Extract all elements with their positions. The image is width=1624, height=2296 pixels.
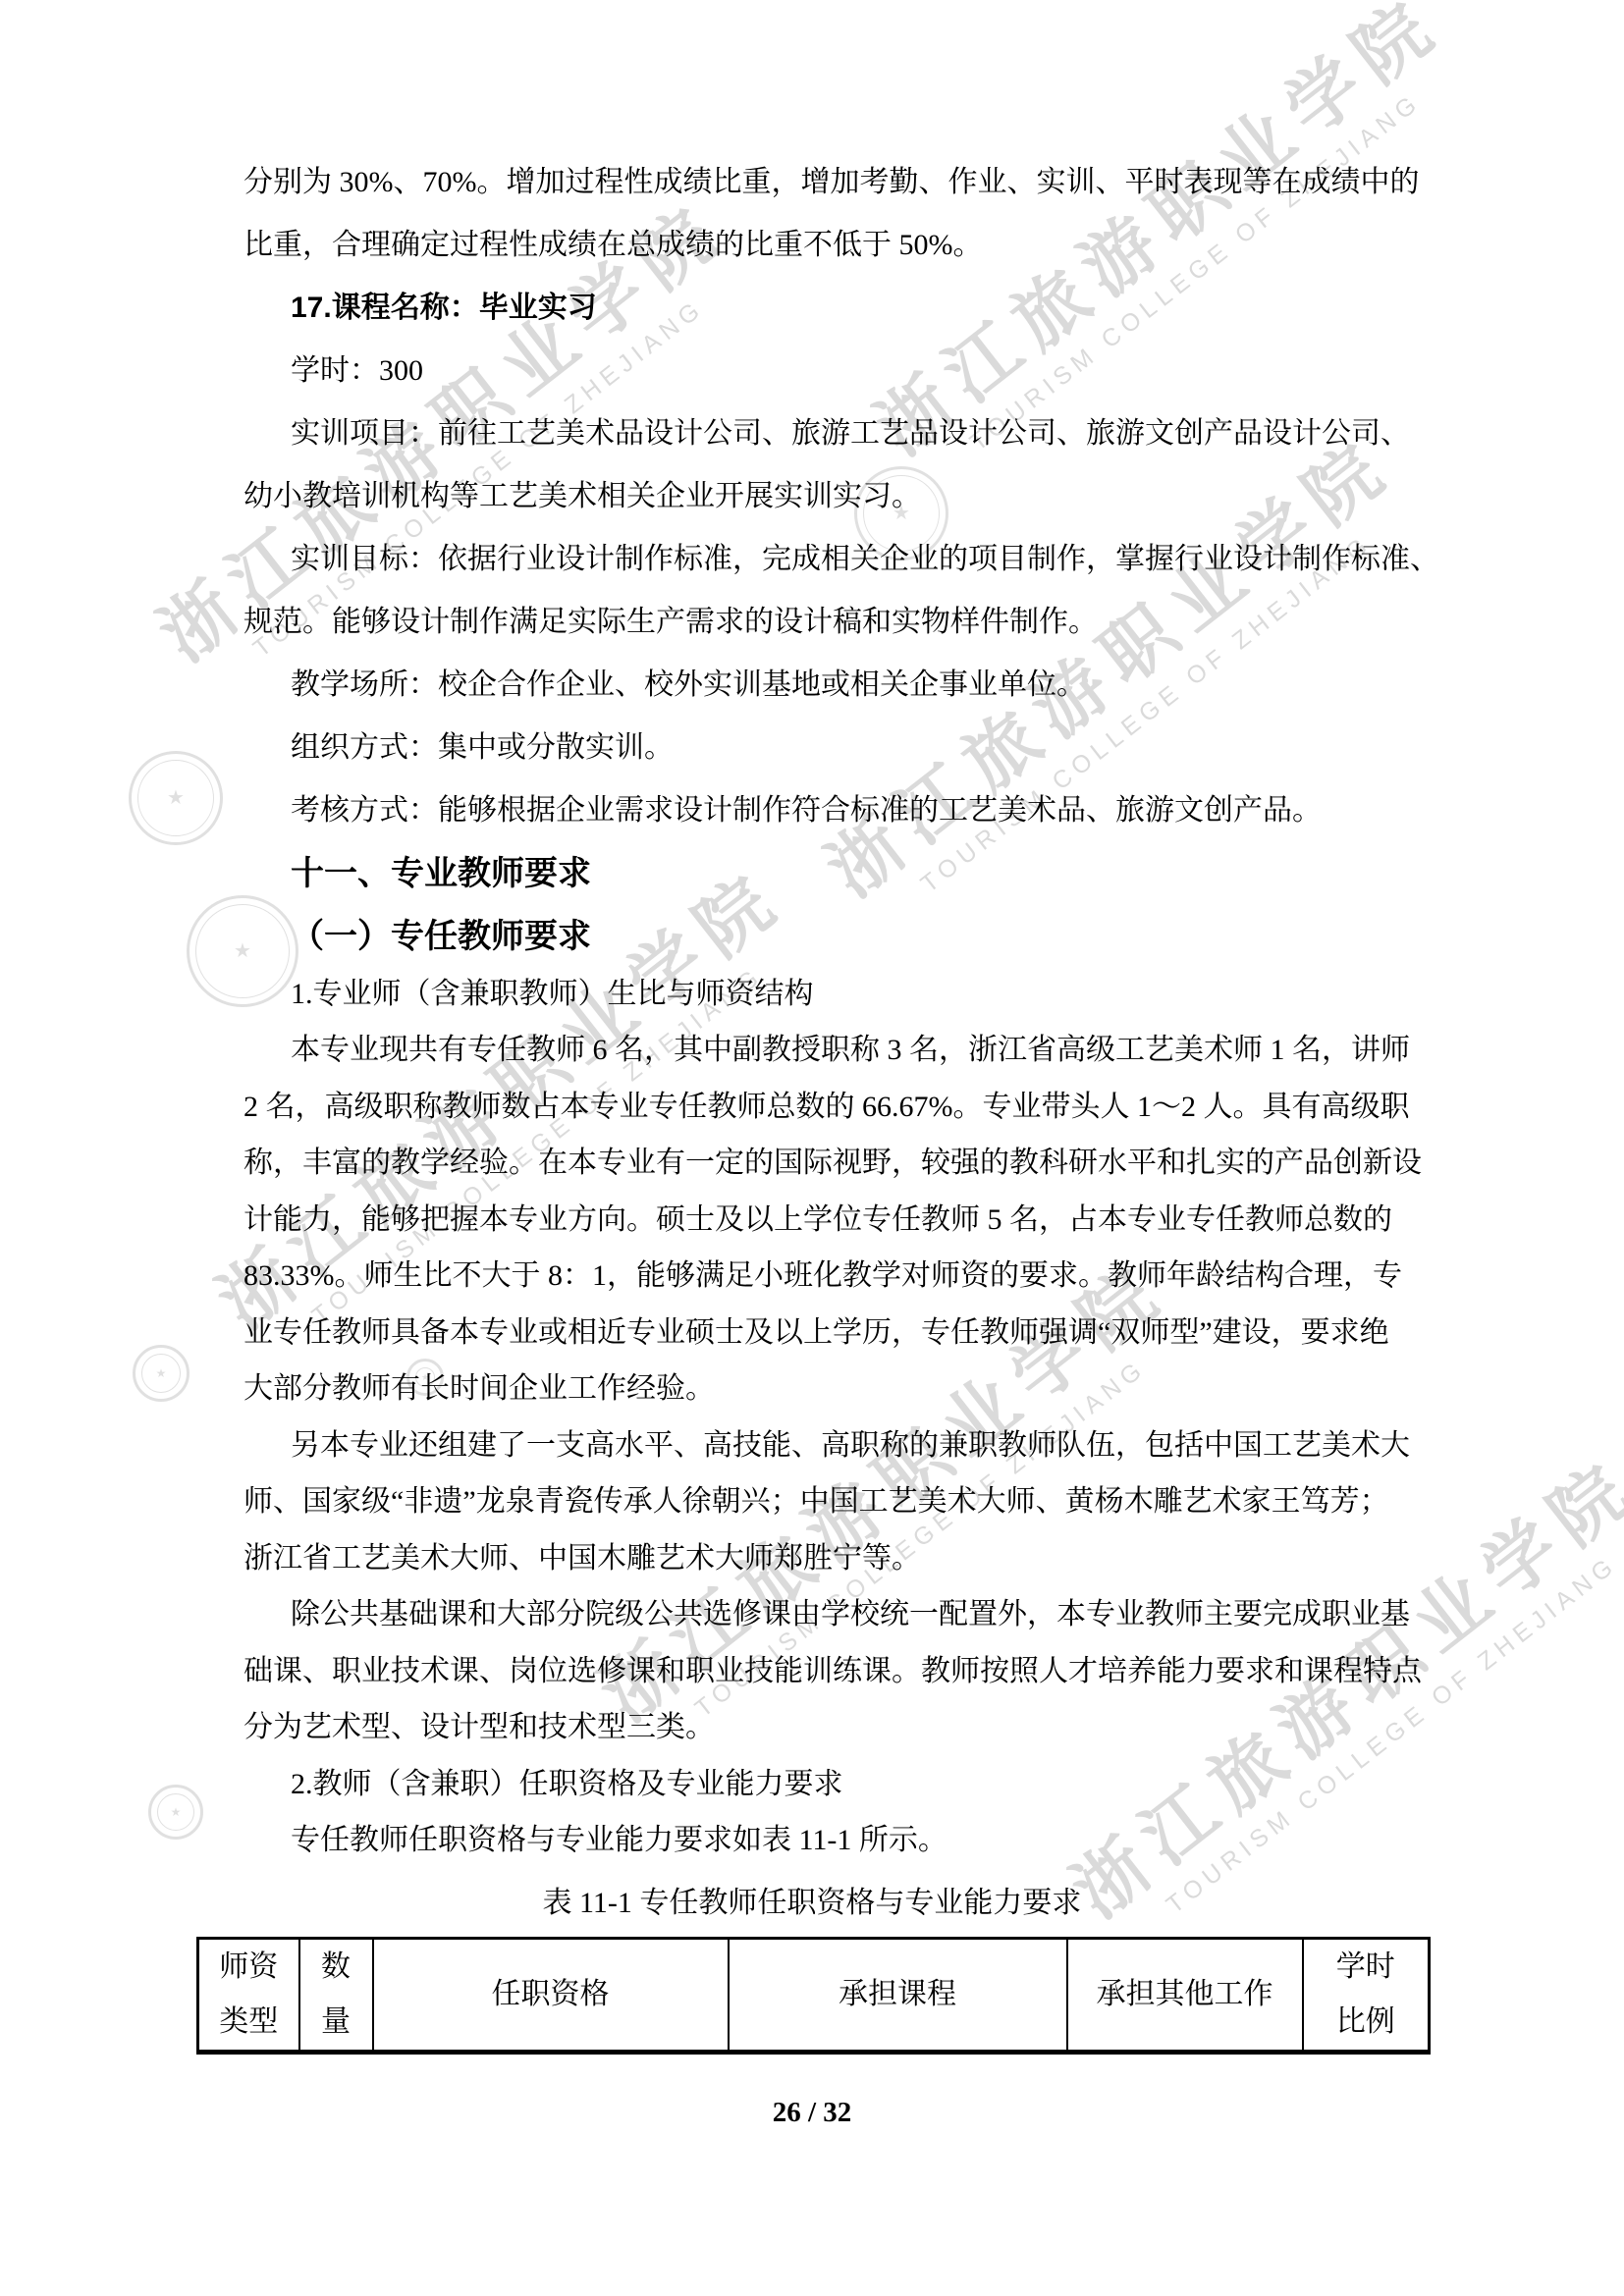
text-line: 浙江省工艺美术大师、中国木雕艺术大师郑胜宁等。	[244, 1526, 1387, 1583]
header-cell-hour-ratio: 学时 比例	[1303, 1939, 1430, 2053]
text-line: 1.专业师（含兼职教师）生比与师资结构	[244, 962, 1387, 1019]
star-icon: ★	[171, 1806, 182, 1818]
text-line: 学时：300	[244, 336, 1387, 399]
text-line: 称，丰富的教学经验。在本专业有一定的国际视野，较强的教科研水平和扎实的产品创新设	[244, 1132, 1387, 1189]
text-line: 比重，合理确定过程性成绩在总成绩的比重不低于 50%。	[244, 210, 1387, 273]
watermark-seal: ★	[129, 751, 223, 845]
text-line: 幼小教培训机构等工艺美术相关企业开展实训实习。	[244, 461, 1387, 524]
text-line: 实训目标：依据行业设计制作标准，完成相关企业的项目制作，掌握行业设计制作标准、	[244, 524, 1387, 587]
text-line: 考核方式：能够根据企业需求设计制作符合标准的工艺美术品、旅游文创产品。	[244, 775, 1387, 838]
header-cell-courses: 承担课程	[729, 1939, 1067, 2053]
text-line: 教学场所：校企合作企业、校外实训基地或相关企事业单位。	[244, 650, 1387, 713]
table-header-row: 师资 类型 数 量 任职资格 承担课程 承担其他工作 学时 比例	[198, 1939, 1430, 2053]
text-line: 实训项目：前往工艺美术品设计公司、旅游工艺品设计公司、旅游文创产品设计公司、	[244, 399, 1387, 461]
text-line: 17.课程名称：毕业实习	[244, 273, 1387, 336]
teacher-requirements-table: 师资 类型 数 量 任职资格 承担课程 承担其他工作 学时 比例	[196, 1937, 1431, 2055]
star-icon: ★	[167, 788, 185, 808]
text-line: 大部分教师有长时间企业工作经验。	[244, 1358, 1387, 1415]
text-line: 2 名，高级职称教师数占本专业专任教师总数的 66.67%。专业带头人 1～2 …	[244, 1075, 1387, 1132]
text-line: 除公共基础课和大部分院级公共选修课由学校统一配置外，本专业教师主要完成职业基	[244, 1583, 1387, 1640]
text-line: （一）专任教师要求	[244, 901, 1387, 964]
text-line: 分别为 30%、70%。增加过程性成绩比重，增加考勤、作业、实训、平时表现等在成…	[244, 147, 1387, 210]
header-cell-other-work: 承担其他工作	[1067, 1939, 1303, 2053]
text-line: 计能力，能够把握本专业方向。硕士及以上学位专任教师 5 名，占本专业专任教师总数…	[244, 1188, 1387, 1245]
table-caption: 表 11-1 专任教师任职资格与专业能力要求	[0, 1870, 1624, 1929]
text-line: 组织方式：集中或分散实训。	[244, 713, 1387, 775]
text-line: 分为艺术型、设计型和技术型三类。	[244, 1696, 1387, 1753]
header-cell-quantity: 数 量	[299, 1939, 373, 2053]
watermark-seal: ★	[148, 1785, 203, 1840]
text-line: 十一、专业教师要求	[244, 838, 1387, 901]
star-icon: ★	[156, 1367, 167, 1379]
text-line: 师、国家级“非遗”龙泉青瓷传承人徐朝兴；中国工艺美术大师、黄杨木雕艺术家王笃芳；	[244, 1470, 1387, 1527]
section-body-b: 1.专业师（含兼职教师）生比与师资结构本专业现共有专任教师 6 名，其中副教授职…	[244, 962, 1387, 1865]
text-line: 另本专业还组建了一支高水平、高技能、高职称的兼职教师队伍，包括中国工艺美术大	[244, 1414, 1387, 1470]
text-line: 业专任教师具备本专业或相近专业硕士及以上学历，专任教师强调“双师型”建设，要求绝	[244, 1301, 1387, 1358]
header-cell-qualification: 任职资格	[373, 1939, 729, 2053]
document-page: 浙江旅游职业学院 TOURISM COLLEGE OF ZHEJIANG 浙江旅…	[0, 0, 1624, 2296]
page-number: 26 / 32	[0, 2097, 1624, 2129]
text-line: 础课、职业技术课、岗位选修课和职业技能训练课。教师按照人才培养能力要求和课程特点	[244, 1639, 1387, 1696]
section-body-a: 分别为 30%、70%。增加过程性成绩比重，增加考勤、作业、实训、平时表现等在成…	[244, 147, 1387, 964]
text-line: 专任教师任职资格与专业能力要求如表 11-1 所示。	[244, 1809, 1387, 1866]
text-line: 2.教师（含兼职）任职资格及专业能力要求	[244, 1752, 1387, 1809]
header-cell-teacher-type: 师资 类型	[198, 1939, 299, 2053]
text-line: 本专业现共有专任教师 6 名，其中副教授职称 3 名，浙江省高级工艺美术师 1 …	[244, 1019, 1387, 1076]
watermark-seal: ★	[133, 1345, 189, 1402]
text-line: 规范。能够设计制作满足实际生产需求的设计稿和实物样件制作。	[244, 587, 1387, 650]
text-line: 83.33%。师生比不大于 8：1，能够满足小班化教学对师资的要求。教师年龄结构…	[244, 1245, 1387, 1302]
